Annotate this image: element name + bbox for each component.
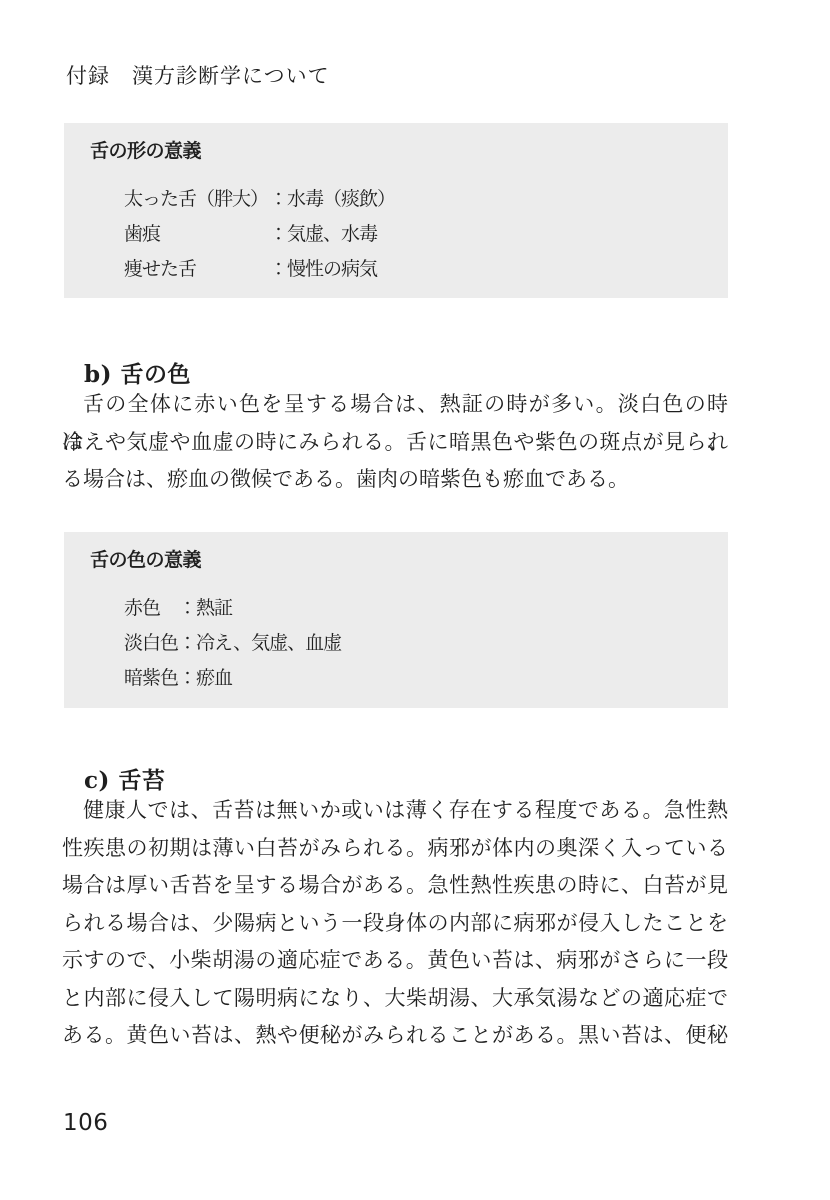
entry-label: 歯痕 bbox=[124, 219, 269, 246]
paragraph-line: と内部に侵入して陽明病になり、大柴胡湯、大承気湯などの適応症で bbox=[62, 980, 728, 1018]
tongue-shape-entries: 太った舌（胖大） ：水毒（痰飲） 歯痕 ：気虚、水毒 痩せた舌 ：慢性の病気 bbox=[124, 180, 718, 285]
entry-value: ：水毒（痰飲） bbox=[269, 184, 395, 211]
paragraph-line: 場合は厚い舌苔を呈する場合がある。急性熱性疾患の時に、白苔が見 bbox=[62, 867, 728, 905]
entry-label: 淡白色 bbox=[124, 628, 178, 655]
entry-label: 暗紫色 bbox=[124, 663, 178, 690]
paragraph-line: 示すので、小柴胡湯の適応症である。黄色い苔は、病邪がさらに一段 bbox=[62, 942, 728, 980]
tongue-shape-box: 舌の形の意義 太った舌（胖大） ：水毒（痰飲） 歯痕 ：気虚、水毒 痩せた舌 ：… bbox=[64, 123, 728, 298]
paragraph-line: 舌の全体に赤い色を呈する場合は、熱証の時が多い。淡白色の時は、 bbox=[62, 386, 728, 424]
paragraph-line: 冷えや気虚や血虚の時にみられる。舌に暗黒色や紫色の斑点が見られ bbox=[62, 424, 728, 462]
paragraph-line: 健康人では、舌苔は無いか或いは薄く存在する程度である。急性熱 bbox=[62, 792, 728, 830]
section-c-paragraph: 健康人では、舌苔は無いか或いは薄く存在する程度である。急性熱 性疾患の初期は薄い… bbox=[62, 792, 728, 1055]
entry-row: 歯痕 ：気虚、水毒 bbox=[124, 215, 718, 250]
section-c-heading: c) 舌苔 bbox=[84, 762, 165, 795]
entry-label: 太った舌（胖大） bbox=[124, 184, 269, 211]
tongue-color-box-title: 舌の色の意義 bbox=[90, 545, 201, 572]
tongue-color-entries: 赤色 ：熱証 淡白色 ：冷え、気虚、血虚 暗紫色 ：瘀血 bbox=[124, 589, 718, 694]
entry-value: ：瘀血 bbox=[178, 663, 232, 690]
entry-row: 赤色 ：熱証 bbox=[124, 589, 718, 624]
entry-row: 太った舌（胖大） ：水毒（痰飲） bbox=[124, 180, 718, 215]
running-header: 付録 漢方診断学について bbox=[66, 60, 330, 90]
entry-label: 赤色 bbox=[124, 593, 178, 620]
entry-value: ：熱証 bbox=[178, 593, 232, 620]
paragraph-line: 性疾患の初期は薄い白苔がみられる。病邪が体内の奥深く入っている bbox=[62, 830, 728, 868]
page-number: 106 bbox=[63, 1110, 108, 1136]
tongue-shape-box-title: 舌の形の意義 bbox=[90, 136, 201, 163]
entry-label: 痩せた舌 bbox=[124, 254, 269, 281]
entry-row: 淡白色 ：冷え、気虚、血虚 bbox=[124, 624, 718, 659]
book-page: 付録 漢方診断学について 舌の形の意義 太った舌（胖大） ：水毒（痰飲） 歯痕 … bbox=[0, 0, 830, 1200]
section-b-heading: b) 舌の色 bbox=[84, 356, 191, 389]
paragraph-line: られる場合は、少陽病という一段身体の内部に病邪が侵入したことを bbox=[62, 905, 728, 943]
paragraph-line: る場合は、瘀血の徴候である。歯肉の暗紫色も瘀血である。 bbox=[62, 461, 728, 499]
entry-row: 痩せた舌 ：慢性の病気 bbox=[124, 250, 718, 285]
entry-row: 暗紫色 ：瘀血 bbox=[124, 659, 718, 694]
entry-value: ：冷え、気虚、血虚 bbox=[178, 628, 341, 655]
tongue-color-box: 舌の色の意義 赤色 ：熱証 淡白色 ：冷え、気虚、血虚 暗紫色 ：瘀血 bbox=[64, 532, 728, 708]
entry-value: ：慢性の病気 bbox=[269, 254, 377, 281]
section-b-paragraph: 舌の全体に赤い色を呈する場合は、熱証の時が多い。淡白色の時は、 冷えや気虚や血虚… bbox=[62, 386, 728, 499]
entry-value: ：気虚、水毒 bbox=[269, 219, 377, 246]
paragraph-line: ある。黄色い苔は、熱や便秘がみられることがある。黒い苔は、便秘 bbox=[62, 1017, 728, 1055]
